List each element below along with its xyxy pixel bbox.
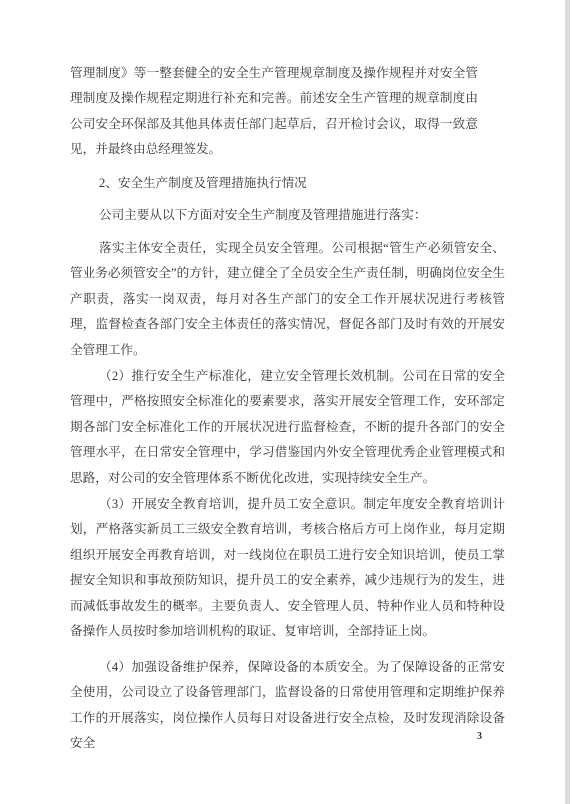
page-edge-divider <box>565 0 570 804</box>
page-number: 3 <box>477 731 482 742</box>
paragraph-responsibility: 落实主体安全责任，实现全员安全管理。公司根据“管生产必须管安全、管业务必须管安全… <box>70 236 505 363</box>
paragraph-equipment-maintenance: （4）加强设备维护保养，保障设备的本质安全。为了保障设备的正常安全使用，公司设立… <box>70 655 505 757</box>
paragraph-intro: 公司主要从以下方面对安全生产制度及管理措施进行落实： <box>70 203 505 228</box>
paragraph-continuation: 管理制度》等一整套健全的安全生产管理规章制度及操作规程并对安全管理制度及操作规程… <box>70 61 478 163</box>
section-heading: 2、安全生产制度及管理措施执行情况 <box>70 171 505 196</box>
paragraph-standardization: （2）推行安全生产标准化，建立安全管理长效机制。公司在日常的安全管理中，严格按照… <box>70 364 505 491</box>
paragraph-training: （3）开展安全教育培训，提升员工安全意识。制定年度安全教育培训计划，严格落实新员… <box>70 492 505 644</box>
document-page: 管理制度》等一整套健全的安全生产管理规章制度及操作规程并对安全管理制度及操作规程… <box>0 0 572 804</box>
